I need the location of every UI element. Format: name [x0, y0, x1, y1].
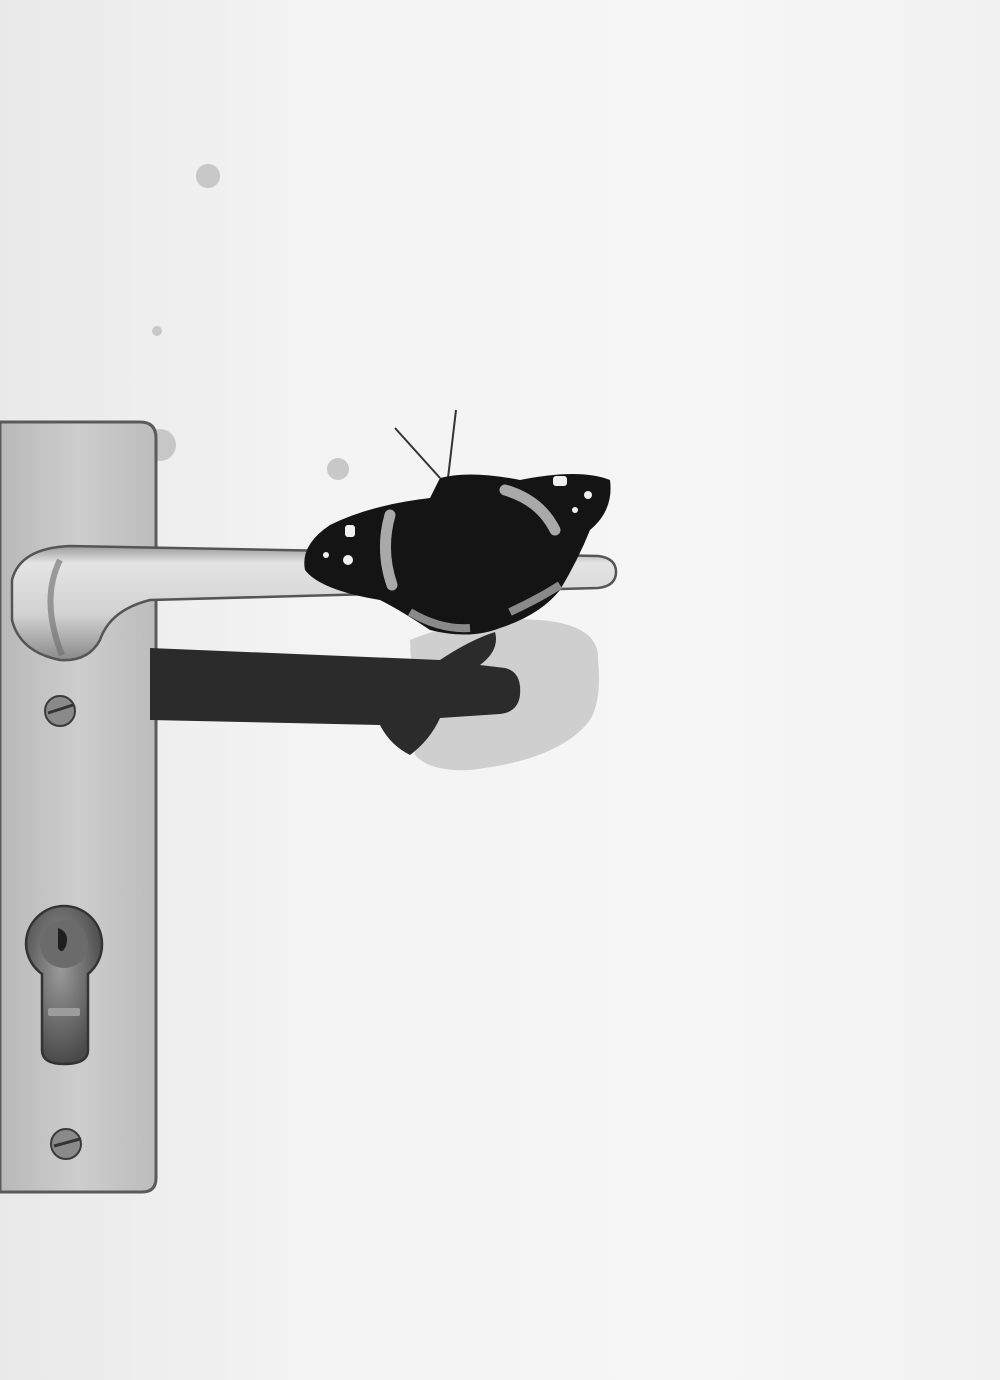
butterfly	[304, 410, 610, 635]
photograph	[0, 0, 1000, 1380]
screw-bottom	[51, 1129, 81, 1159]
photo-scene	[0, 0, 1000, 1380]
stains	[144, 164, 349, 480]
screw-top	[45, 696, 75, 726]
door-plate	[0, 422, 156, 1192]
